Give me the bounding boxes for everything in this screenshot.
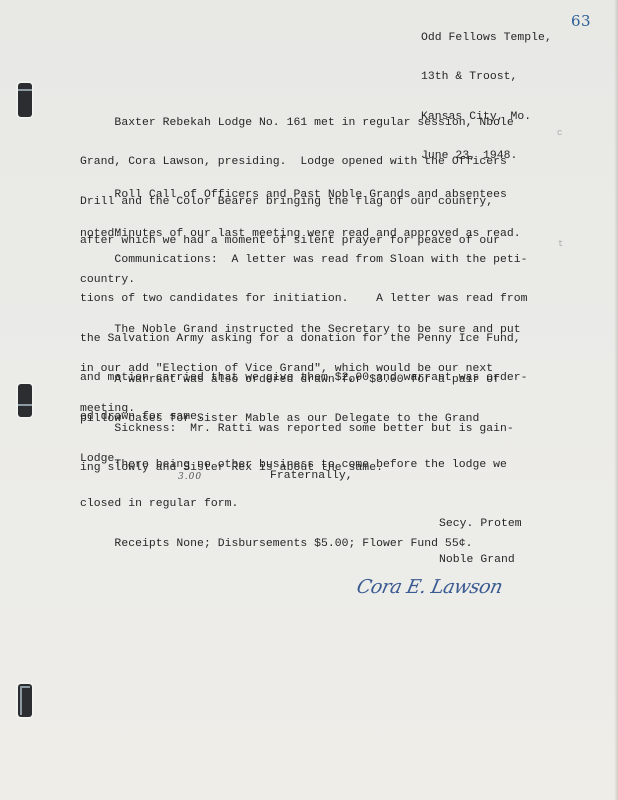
header-line-street: 13th & Troost,	[421, 71, 552, 84]
header-line-venue: Odd Fellows Temple,	[421, 32, 552, 45]
text-line: Receipts None; Disbursements $5.00; Flow…	[80, 538, 570, 551]
secretary-label: Secy. Protem	[439, 518, 522, 531]
handwritten-amount: 3.00	[178, 472, 202, 482]
text-line: The Noble Grand instructed the Secretary…	[80, 324, 570, 337]
text-line: Baxter Rebekah Lodge No. 161 met in regu…	[80, 117, 570, 130]
binder-hole-bottom	[18, 684, 32, 717]
noble-grand-signature: Cora E. Lawson	[355, 576, 505, 598]
text-line: Communications: A letter was read from S…	[80, 254, 570, 267]
binder-hole-top	[18, 83, 32, 117]
text-line: closed in regular form.	[80, 498, 570, 511]
text-line: Roll Call of Officers and Past Noble Gra…	[80, 189, 570, 202]
noble-grand-label: Noble Grand	[439, 554, 515, 567]
binder-hole-middle	[18, 384, 32, 417]
text-line: A warrant was also ordered drawn for $3.…	[80, 374, 570, 387]
margin-mark: t	[558, 239, 563, 249]
valediction: Fraternally,	[270, 470, 353, 483]
margin-mark: c	[557, 128, 562, 138]
page-number: 63	[571, 12, 591, 30]
document-page: Odd Fellows Temple, 13th & Troost, Kansa…	[0, 0, 618, 800]
